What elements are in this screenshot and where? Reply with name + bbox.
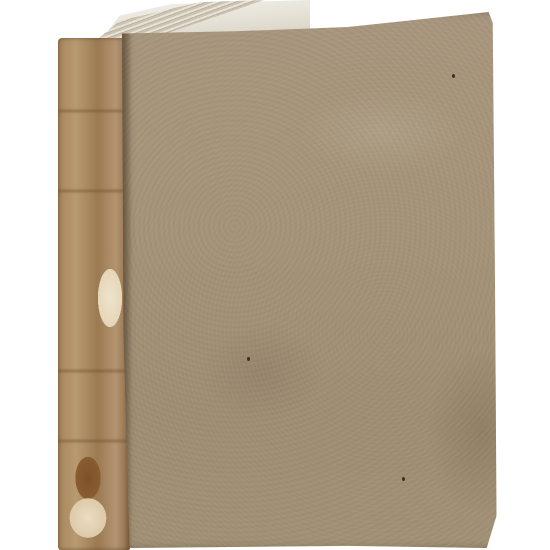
stain-speck — [402, 477, 405, 481]
spine-band — [58, 108, 130, 114]
stain-speck — [452, 74, 455, 78]
spine-band — [58, 438, 130, 444]
photo-scene — [0, 0, 550, 550]
stain-speck — [247, 357, 250, 361]
spine-band — [58, 368, 130, 374]
cover-texture — [122, 12, 498, 548]
book-spine — [58, 38, 130, 550]
book-front-cover — [122, 12, 498, 548]
spine-band — [58, 188, 130, 194]
